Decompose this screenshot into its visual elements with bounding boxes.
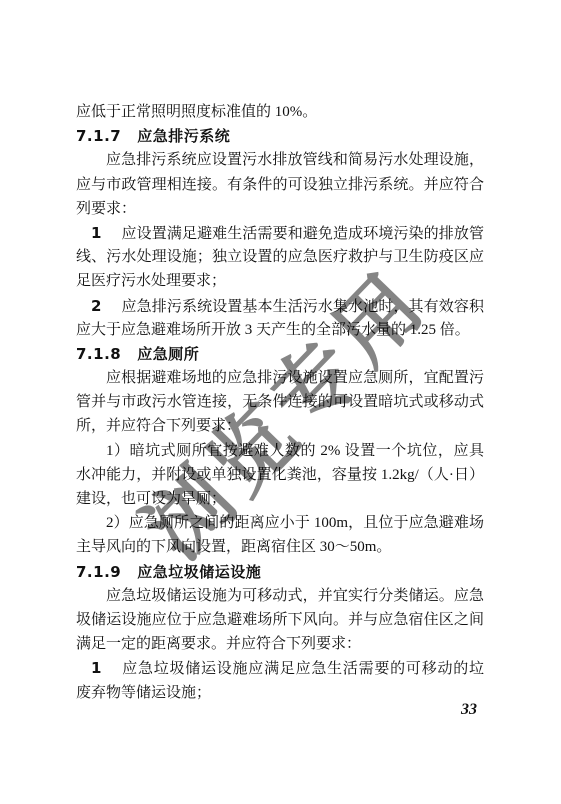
clause-number: 7.1.9 bbox=[76, 563, 121, 581]
line-text: 主导风向的下风向设置，距离宿住区 30～50m。 bbox=[76, 539, 391, 555]
line-text: 2）应急厕所之间的距离应小于 100m，且位于应急避难场所 bbox=[106, 515, 484, 535]
clause-number: 2 bbox=[91, 297, 101, 315]
text-line: 应大于应急避难场所开放 3 天产生的全部污水量的 1.25 倍。 bbox=[76, 318, 484, 342]
text-line: 所，并应符合下列要求： bbox=[76, 414, 484, 438]
text-line: 线、污水处理设施；独立设置的应急医疗救护与卫生防疫区应满 bbox=[76, 245, 484, 269]
line-text: 管并与市政污水管连接，无条件连接的可设置暗坑式或移动式厕 bbox=[76, 394, 484, 414]
line-text: 应急垃圾储运设施 bbox=[137, 563, 261, 581]
text-line: 2应急排污系统设置基本生活污水集水池时，其有效容积 bbox=[76, 294, 484, 318]
line-text: 废弃物等储运设施； bbox=[76, 685, 211, 701]
text-line: 管并与市政污水管连接，无条件连接的可设置暗坑式或移动式厕 bbox=[76, 390, 484, 414]
line-text: 水冲能力，并附设或单独设置化粪池，容量按 1.2kg/（人·日） bbox=[76, 467, 484, 483]
line-text: 圾储运设施应位于应急避难场所下风向。并与应急宿住区之间应 bbox=[76, 612, 484, 632]
clause-number: 7.1.8 bbox=[76, 345, 121, 363]
line-text: 建设，也可设为旱厕； bbox=[76, 491, 226, 507]
text-line: 7.1.7应急排污系统 bbox=[76, 124, 484, 148]
line-text: 满足一定的距离要求。并应符合下列要求： bbox=[76, 636, 361, 652]
line-text: 应低于正常照明照度标准值的 10%。 bbox=[76, 104, 317, 120]
page-number: 33 bbox=[461, 701, 477, 719]
line-text: 线、污水处理设施；独立设置的应急医疗救护与卫生防疫区应满 bbox=[76, 249, 484, 269]
line-text: 所，并应符合下列要求： bbox=[76, 418, 241, 434]
text-line: 废弃物等储运设施； bbox=[76, 681, 484, 705]
clause-number: 1 bbox=[91, 224, 101, 242]
text-line: 1应急垃圾储运设施应满足应急生活需要的可移动的垃圾、 bbox=[76, 656, 484, 680]
line-text: 应急排污系统 bbox=[137, 127, 230, 145]
line-text: 应急排污系统设置基本生活污水集水池时，其有效容积 bbox=[121, 299, 484, 315]
document-text-block: 应低于正常照明照度标准值的 10%。 7.1.7应急排污系统 应急排污系统应设置… bbox=[76, 100, 484, 705]
text-line: 1）暗坑式厕所宜按避难人数的 2% 设置一个坑位，应具备 bbox=[76, 439, 484, 463]
line-text: 应根据避难场地的应急排污设施设置应急厕所，宜配置污水 bbox=[106, 370, 484, 390]
text-line: 主导风向的下风向设置，距离宿住区 30～50m。 bbox=[76, 535, 484, 559]
line-text: 应急垃圾储运设施为可移动式，并宜实行分类储运。应急垃 bbox=[106, 588, 484, 608]
text-line: 应急垃圾储运设施为可移动式，并宜实行分类储运。应急垃 bbox=[76, 584, 484, 608]
text-line: 应根据避难场地的应急排污设施设置应急厕所，宜配置污水 bbox=[76, 366, 484, 390]
line-text: 1）暗坑式厕所宜按避难人数的 2% 设置一个坑位，应具备 bbox=[106, 443, 484, 463]
text-line: 建设，也可设为旱厕； bbox=[76, 487, 484, 511]
line-text: 应急厕所 bbox=[137, 345, 199, 363]
text-line: 应与市政管理相连接。有条件的可设独立排污系统。并应符合下 bbox=[76, 173, 484, 197]
text-line: 应急排污系统应设置污水排放管线和简易污水处理设施，并 bbox=[76, 148, 484, 172]
line-text: 应与市政管理相连接。有条件的可设独立排污系统。并应符合下 bbox=[76, 177, 484, 197]
line-text: 应大于应急避难场所开放 3 天产生的全部污水量的 1.25 倍。 bbox=[76, 322, 470, 338]
text-line: 1应设置满足避难生活需要和避免造成环境污染的排放管 bbox=[76, 221, 484, 245]
line-text: 应急排污系统应设置污水排放管线和简易污水处理设施，并 bbox=[106, 152, 484, 172]
line-text: 应设置满足避难生活需要和避免造成环境污染的排放管 bbox=[121, 226, 484, 242]
clause-number: 7.1.7 bbox=[76, 127, 121, 145]
text-line: 足医疗污水处理要求； bbox=[76, 269, 484, 293]
text-line: 2）应急厕所之间的距离应小于 100m，且位于应急避难场所 bbox=[76, 511, 484, 535]
text-line: 7.1.8应急厕所 bbox=[76, 342, 484, 366]
text-line: 应低于正常照明照度标准值的 10%。 bbox=[76, 100, 484, 124]
text-line: 7.1.9应急垃圾储运设施 bbox=[76, 560, 484, 584]
line-text: 应急垃圾储运设施应满足应急生活需要的可移动的垃圾、 bbox=[91, 661, 484, 680]
clause-number: 1 bbox=[91, 659, 101, 677]
text-line: 列要求： bbox=[76, 197, 484, 221]
text-line: 满足一定的距离要求。并应符合下列要求： bbox=[76, 632, 484, 656]
document-page: 应低于正常照明照度标准值的 10%。 7.1.7应急排污系统 应急排污系统应设置… bbox=[0, 0, 561, 804]
line-text: 列要求： bbox=[76, 201, 136, 217]
text-line: 圾储运设施应位于应急避难场所下风向。并与应急宿住区之间应 bbox=[76, 608, 484, 632]
text-line: 水冲能力，并附设或单独设置化粪池，容量按 1.2kg/（人·日） bbox=[76, 463, 484, 487]
line-text: 足医疗污水处理要求； bbox=[76, 273, 226, 289]
